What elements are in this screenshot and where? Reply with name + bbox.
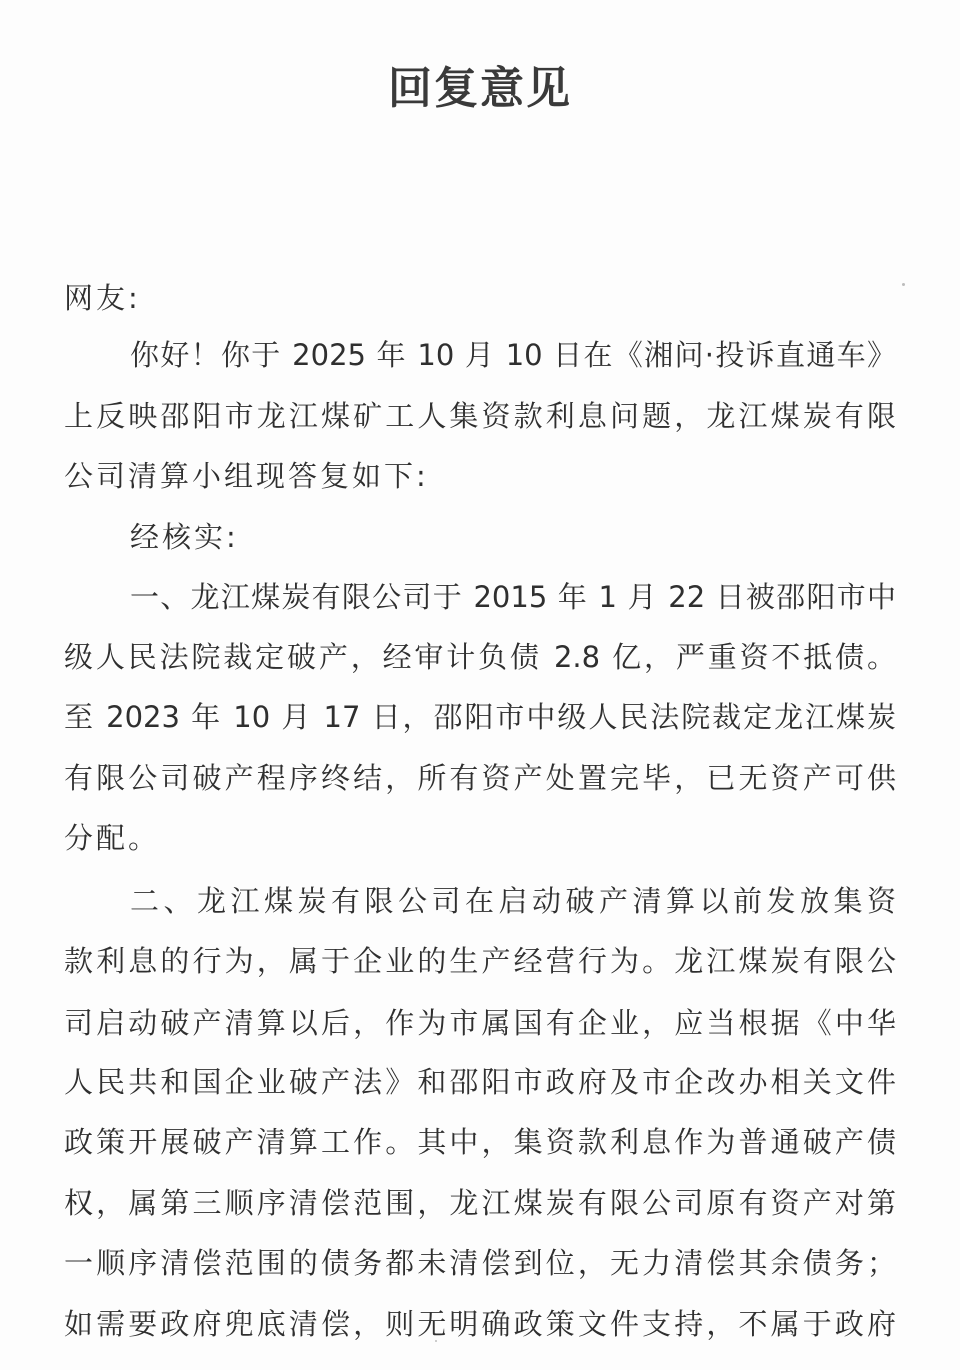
paragraph-line: 款利息的行为，属于企业的生产经营行为。龙江煤炭有限公 <box>64 941 896 981</box>
document-page: 回复意见 网友: 你好！你于 2025 年 10 月 10 日在《湘问·投诉直通… <box>0 0 960 1370</box>
paragraph-line: 上反映邵阳市龙江煤矿工人集资款利息问题，龙江煤炭有限 <box>64 396 896 436</box>
paragraph-line: 有限公司破产程序终结，所有资产处置完毕，已无资产可供 <box>64 758 896 798</box>
paragraph-line: 如需要政府兜底清偿，则无明确政策文件支持，不属于政府 <box>64 1304 896 1344</box>
paragraph-line: 二、龙江煤炭有限公司在启动破产清算以前发放集资 <box>130 881 896 921</box>
paragraph-line: 分配。 <box>64 818 896 858</box>
paragraph-line: 政策开展破产清算工作。其中，集资款利息作为普通破产债 <box>64 1122 896 1162</box>
paragraph-line: 一、龙江煤炭有限公司于 2015 年 1 月 22 日被邵阳市中 <box>130 577 896 617</box>
paragraph-line: 权，属第三顺序清偿范围，龙江煤炭有限公司原有资产对第 <box>64 1183 896 1223</box>
paragraph-line: 公司清算小组现答复如下: <box>64 456 896 496</box>
paragraph-line: 人民共和国企业破产法》和邵阳市政府及市企改办相关文件 <box>64 1062 896 1102</box>
paragraph-line: 一顺序清偿范围的债务都未清偿到位，无力清偿其余债务； <box>64 1243 896 1283</box>
salutation: 网友: <box>64 278 896 318</box>
scan-speck <box>435 1340 437 1342</box>
paragraph-line: 级人民法院裁定破产，经审计负债 2.8 亿，严重资不抵债。 <box>64 637 896 677</box>
scan-speck <box>220 890 222 892</box>
paragraph-line: 司启动破产清算以后，作为市属国有企业，应当根据《中华 <box>64 1003 896 1043</box>
paragraph-line: 你好！你于 2025 年 10 月 10 日在《湘问·投诉直通车》 <box>130 335 896 375</box>
paragraph-line: 经核实: <box>130 517 896 557</box>
scan-speck <box>902 283 905 286</box>
document-title: 回复意见 <box>0 52 960 116</box>
paragraph-line: 至 2023 年 10 月 17 日，邵阳市中级人民法院裁定龙江煤炭 <box>64 697 896 737</box>
